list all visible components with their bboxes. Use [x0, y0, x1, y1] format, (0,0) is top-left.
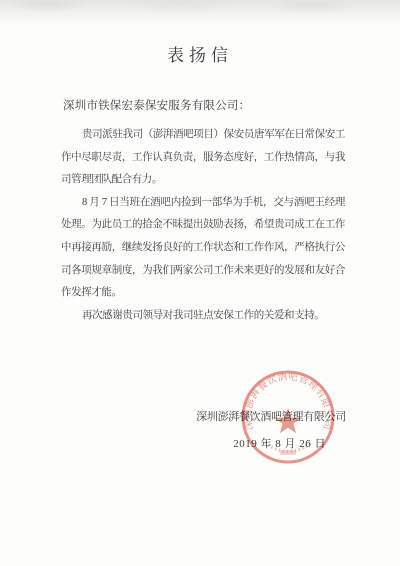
recipient-line: 深圳市铁保宏泰保安服务有限公司：	[63, 97, 250, 113]
letter-page: 表扬信 深圳市铁保宏泰保安服务有限公司： 贵司派驻我司（澎湃酒吧项目）保安员唐军…	[0, 0, 400, 566]
body-paragraph: 8 月 7 日当班在酒吧内捡到一部华为手机，交与酒吧王经理处理。为此员工的拾金不…	[61, 192, 345, 305]
scan-edge-artifact	[0, 0, 400, 26]
body-paragraph: 贵司派驻我司（澎湃酒吧项目）保安员唐军军在日常保安工作中尽职尽责，工作认真负责，…	[61, 124, 345, 192]
signature-company: 深圳澎湃餐饮酒吧管理有限公司	[196, 408, 346, 424]
signature-date: 2019 年 8 月 26 日	[233, 435, 326, 451]
letter-body: 贵司派驻我司（澎湃酒吧项目）保安员唐军军在日常保安工作中尽职尽责，工作认真负责，…	[61, 124, 345, 327]
letter-title: 表扬信	[0, 41, 400, 66]
body-paragraph: 再次感谢贵司领导对我司驻点安保工作的关爱和支持。	[61, 305, 345, 328]
